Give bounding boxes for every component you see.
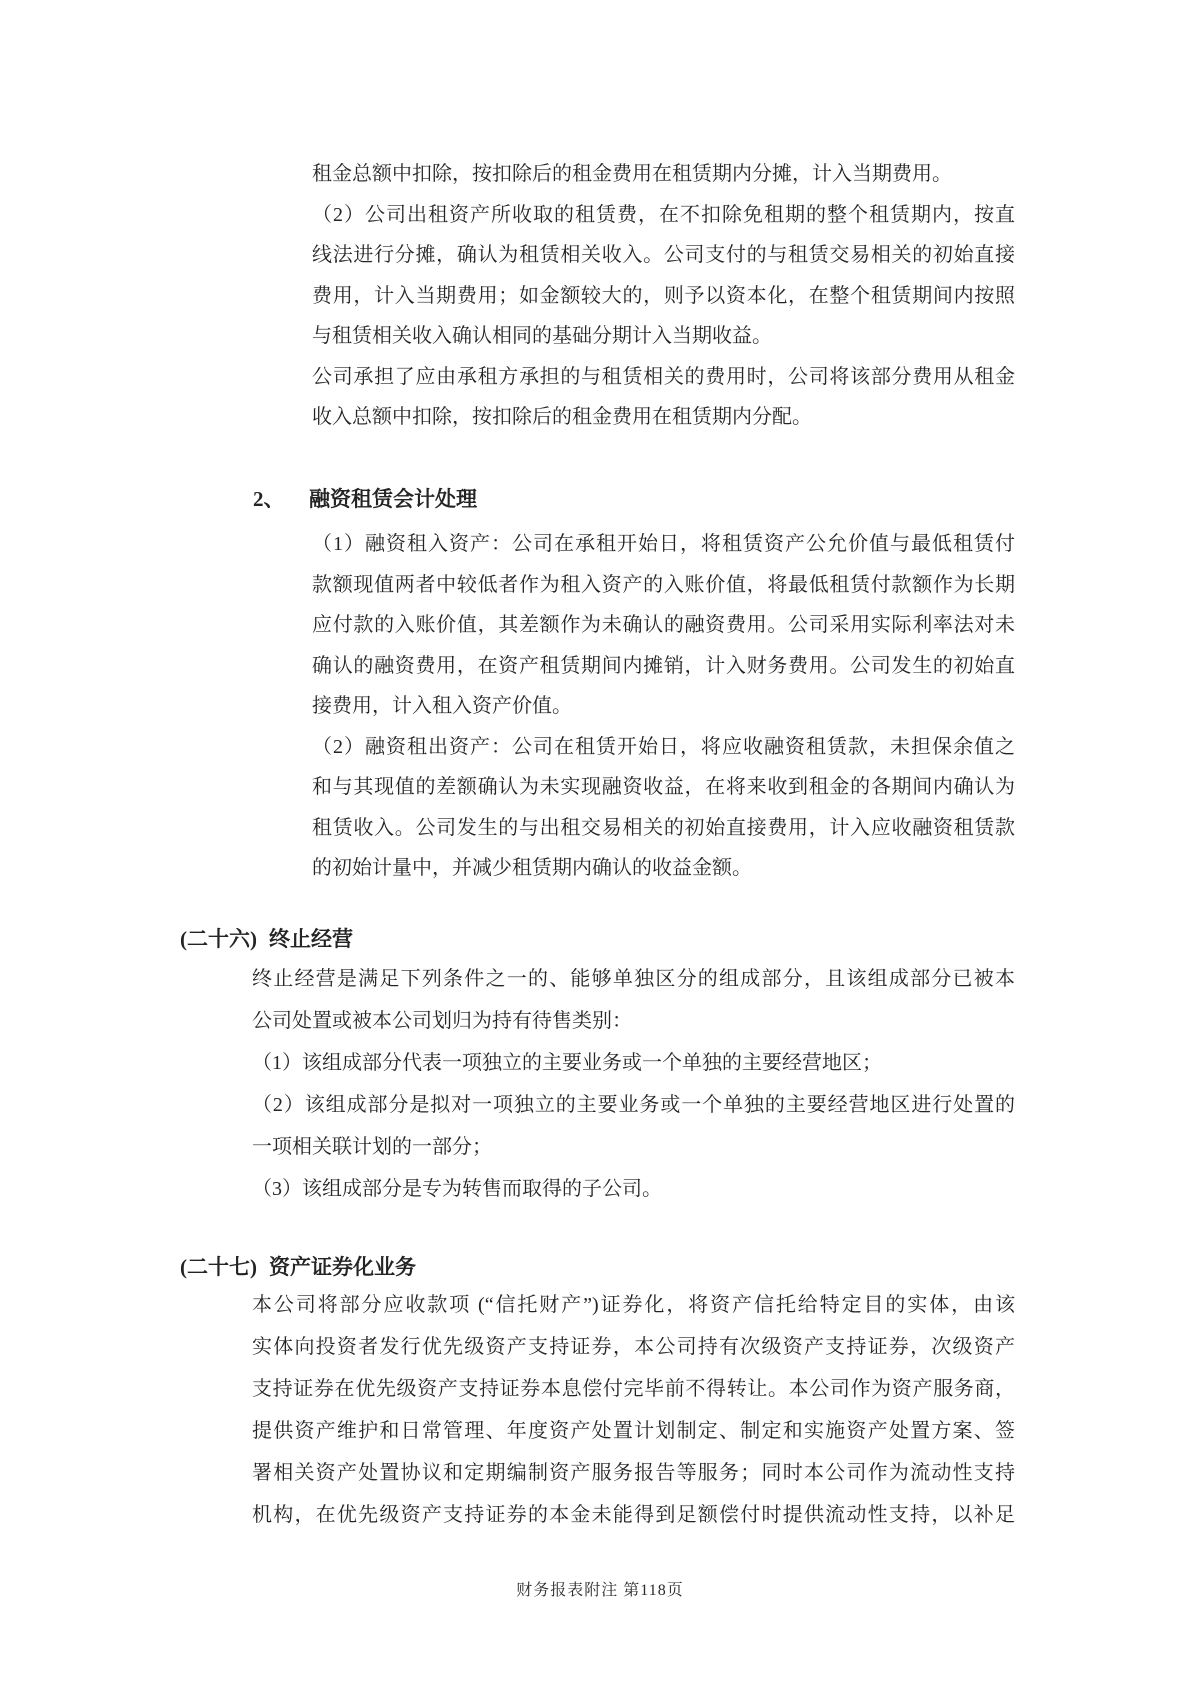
text-line: （3）该组成部分是专为转售而取得的子公司。	[252, 1168, 1015, 1210]
text-line: （1）融资租入资产：公司在承租开始日，将租赁资产公允价值与最低租赁付	[312, 524, 1015, 565]
text-line: 应付款的入账价值，其差额作为未确认的融资费用。公司采用实际利率法对未	[312, 605, 1015, 646]
text-line: （2）融资租出资产：公司在租赁开始日，将应收融资租赁款，未担保余值之	[312, 727, 1015, 768]
section-discontinued-operations-body: 终止经营是满足下列条件之一的、能够单独区分的组成部分，且该组成部分已被本 公司处…	[252, 958, 1015, 1210]
text-line: 公司承担了应由承租方承担的与租赁相关的费用时，公司将该部分费用从租金	[312, 357, 1015, 398]
text-line: 署相关资产处置协议和定期编制资产服务报告等服务；同时本公司作为流动性支持	[252, 1452, 1015, 1494]
section-finance-lease-body: （1）融资租入资产：公司在承租开始日，将租赁资产公允价值与最低租赁付 款额现值两…	[312, 524, 1015, 889]
text-line: 租赁收入。公司发生的与出租交易相关的初始直接费用，计入应收融资租赁款	[312, 808, 1015, 849]
text-line: 的初始计量中，并减少租赁期内确认的收益金额。	[312, 848, 1015, 889]
heading-finance-lease: 2、融资租赁会计处理	[253, 485, 477, 513]
text-line: （2）公司出租资产所收取的租赁费，在不扣除免租期的整个租赁期内，按直	[312, 195, 1015, 236]
section-asset-securitization-body: 本公司将部分应收款项 (“信托财产”)证券化，将资产信托给特定目的实体，由该 实…	[252, 1284, 1015, 1536]
text-line: 提供资产维护和日常管理、年度资产处置计划制定、制定和实施资产处置方案、签	[252, 1410, 1015, 1452]
text-line: 确认的融资费用，在资产租赁期间内摊销，计入财务费用。公司发生的初始直	[312, 646, 1015, 687]
text-line: 款额现值两者中较低者作为租入资产的入账价值，将最低租赁付款额作为长期	[312, 565, 1015, 606]
heading-title: 终止经营	[269, 927, 353, 951]
heading-number: (二十七)	[180, 1253, 257, 1281]
text-line: 终止经营是满足下列条件之一的、能够单独区分的组成部分，且该组成部分已被本	[252, 958, 1015, 1000]
text-line: 收入总额中扣除，按扣除后的租金费用在租赁期内分配。	[312, 397, 1015, 438]
text-line: （1）该组成部分代表一项独立的主要业务或一个单独的主要经营地区；	[252, 1042, 1015, 1084]
heading-asset-securitization: (二十七)资产证券化业务	[180, 1253, 416, 1281]
text-line: 机构，在优先级资产支持证券的本金未能得到足额偿付时提供流动性支持，以补足	[252, 1494, 1015, 1536]
heading-title: 资产证券化业务	[269, 1255, 416, 1279]
text-line: 本公司将部分应收款项 (“信托财产”)证券化，将资产信托给特定目的实体，由该	[252, 1284, 1015, 1326]
text-line: 和与其现值的差额确认为未实现融资收益，在将来收到租金的各期间内确认为	[312, 767, 1015, 808]
document-page: 租金总额中扣除，按扣除后的租金费用在租赁期内分摊，计入当期费用。 （2）公司出租…	[0, 0, 1200, 1697]
text-line: 与租赁相关收入确认相同的基础分期计入当期收益。	[312, 316, 1015, 357]
text-line: （2）该组成部分是拟对一项独立的主要业务或一个单独的主要经营地区进行处置的	[252, 1084, 1015, 1126]
heading-number: 2、	[253, 485, 309, 513]
text-line: 费用，计入当期费用；如金额较大的，则予以资本化，在整个租赁期间内按照	[312, 276, 1015, 317]
text-line: 接费用，计入租入资产价值。	[312, 686, 1015, 727]
section-operating-lease-continued: 租金总额中扣除，按扣除后的租金费用在租赁期内分摊，计入当期费用。 （2）公司出租…	[312, 154, 1015, 438]
text-line: 实体向投资者发行优先级资产支持证券，本公司持有次级资产支持证券，次级资产	[252, 1326, 1015, 1368]
text-line: 线法进行分摊，确认为租赁相关收入。公司支付的与租赁交易相关的初始直接	[312, 235, 1015, 276]
text-line: 租金总额中扣除，按扣除后的租金费用在租赁期内分摊，计入当期费用。	[312, 154, 1015, 195]
text-line: 公司处置或被本公司划归为持有待售类别：	[252, 1000, 1015, 1042]
text-line: 一项相关联计划的一部分；	[252, 1126, 1015, 1168]
heading-discontinued-operations: (二十六)终止经营	[180, 925, 353, 953]
heading-title: 融资租赁会计处理	[309, 487, 477, 511]
heading-number: (二十六)	[180, 925, 257, 953]
page-footer: 财务报表附注 第118页	[0, 1580, 1200, 1602]
text-line: 支持证券在优先级资产支持证券本息偿付完毕前不得转让。本公司作为资产服务商，	[252, 1368, 1015, 1410]
